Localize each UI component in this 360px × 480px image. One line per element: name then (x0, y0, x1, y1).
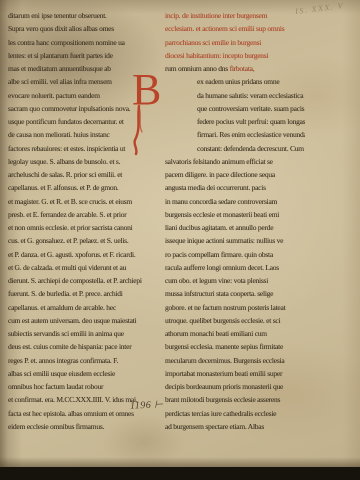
text-line: Supra vero quos dixit alios albas omes (8, 22, 165, 35)
year-annotation: 1196 ⊢ (130, 399, 164, 411)
text-line: ad burgensem spectare etiam. Albas (165, 420, 305, 433)
text-line: mecularum decernimus. Burgensis ecclesia (165, 354, 305, 367)
text-line: perdictas tercias iure cathedralis eccle… (165, 407, 305, 420)
text-line: subiectis servandis sci emilii in anima … (8, 327, 165, 340)
text-line: omnibus hoc factum laudat robour (8, 380, 165, 393)
text-line: eidem ecclesie omnibus firmamus. (8, 420, 165, 433)
text-line: firmari. Res enim ecclesiastice venundan… (165, 128, 305, 141)
text-line: capellanus. et arnaldum de arcable. hec (8, 301, 165, 314)
text-line: racula aufferre longi omnium decet. Laos (165, 261, 305, 274)
text-line: cum est autem universam. deo usque maies… (8, 314, 165, 327)
text-line: constant: defendenda decrescunt. Cum usq… (165, 142, 305, 155)
text-line: ex eadem unius pridans omne (165, 75, 305, 88)
text-line: da humane salutis: veram ecclesiastica (165, 89, 305, 102)
photo-bottom-edge (0, 467, 360, 480)
text-line: fuerunt. S. de burledia. et P. prece. ar… (8, 287, 165, 300)
text-line: pacem diligere. in pace dilectione sequa (165, 168, 305, 181)
text-line: incip. de institutione inter burgensem (165, 9, 305, 22)
text-line: que controversiam veritate. suam pacis (165, 102, 305, 115)
text-line: decipis bordeaunum prioris monasterii qu… (165, 380, 305, 393)
text-line: diocesi habitantium: incepto burgensi (165, 49, 305, 62)
text-line: cus. et G. gonsaluez. et P. pelaez. et S… (8, 234, 165, 247)
text-line: isseque inique actioni summatis: nullius… (165, 234, 305, 247)
text-line: et magister. G. et R. et B. sce crucis. … (8, 195, 165, 208)
text-line: deus est. cuius comite de hispania: pace… (8, 340, 165, 353)
text-line: et G. de calzada. et multi qui viderunt … (8, 261, 165, 274)
text-line: parrochianos sci emilie in burgensi (165, 36, 305, 49)
text-line: mussa infstructuri stata cooperta. selig… (165, 287, 305, 300)
initial-letter-B: B (130, 66, 168, 158)
text-line: ditarum eni ipse tenentur obseruent. (8, 9, 165, 22)
text-line: in manu concordia sedare controversiam (165, 195, 305, 208)
text-line: et P. danza. et G. agusti. xpoforus. et … (8, 248, 165, 261)
mixed-line-ink: rum omnium anno dns (165, 64, 230, 73)
text-line: athorum monachi beati emiliani cum (165, 327, 305, 340)
text-line: burgensis ecclesie et monasterii beati e… (165, 208, 305, 221)
text-line: federe pocius vult perfrui: quam longas (165, 115, 305, 128)
text-line: importabat monasterium beati emilii supe… (165, 367, 305, 380)
text-line: dierunt. S. archiepi de compostella. et … (8, 274, 165, 287)
text-line: lentes: et si plantarum fuerit partes id… (8, 49, 165, 62)
text-line: cum obo. et legum vine: vota plenissi (165, 274, 305, 287)
text-line: reges P. et. annos integras confirmata. … (8, 354, 165, 367)
manuscript-photo: IS. XXX. V ditarum eni ipse tenentur obs… (0, 0, 360, 480)
text-line: ro pacis compellam firmare. quin obsta (165, 248, 305, 261)
text-line: et non omnis ecclesie. et prior sacrista… (8, 221, 165, 234)
text-line: archeluschi de salas. R. prior sci emili… (8, 168, 165, 181)
right-text-column: incip. de institutione inter burgensemec… (165, 9, 305, 433)
text-line: rum omnium anno dns firbotata, (165, 62, 305, 75)
initial-letter-glyph: B (130, 66, 168, 158)
text-line: utroque. quelibet burgensis ecclesie. et… (165, 314, 305, 327)
svg-text:B: B (132, 66, 161, 114)
page-bottom-shadow (0, 457, 360, 467)
mixed-line-rubric: firbotata, (230, 64, 255, 73)
text-line: les contra hanc compositionem nomine ua (8, 36, 165, 49)
text-line: burgensi ecclesia. manente sepius firmit… (165, 340, 305, 353)
text-line: ecclesiam. et actionem sci emilii sup om… (165, 22, 305, 35)
text-line: albas sci emilii usque eiusdem ecclesie (8, 367, 165, 380)
text-line: brant milotodi burgensis ecclesie assere… (165, 393, 305, 406)
text-line: presb. et E. ferrandez de arcable. S. et… (8, 208, 165, 221)
text-line: liani ducibus agitatam. et annullo perde (165, 221, 305, 234)
text-line: capellanus. et F. alfonsus. et P. de gmo… (8, 181, 165, 194)
text-line: gobore. et ne factum nostrum posteris la… (165, 301, 305, 314)
text-line: salvatoris felsitando animum efficiat se (165, 155, 305, 168)
text-line: angusta media dei occurrerunt. pacis (165, 181, 305, 194)
